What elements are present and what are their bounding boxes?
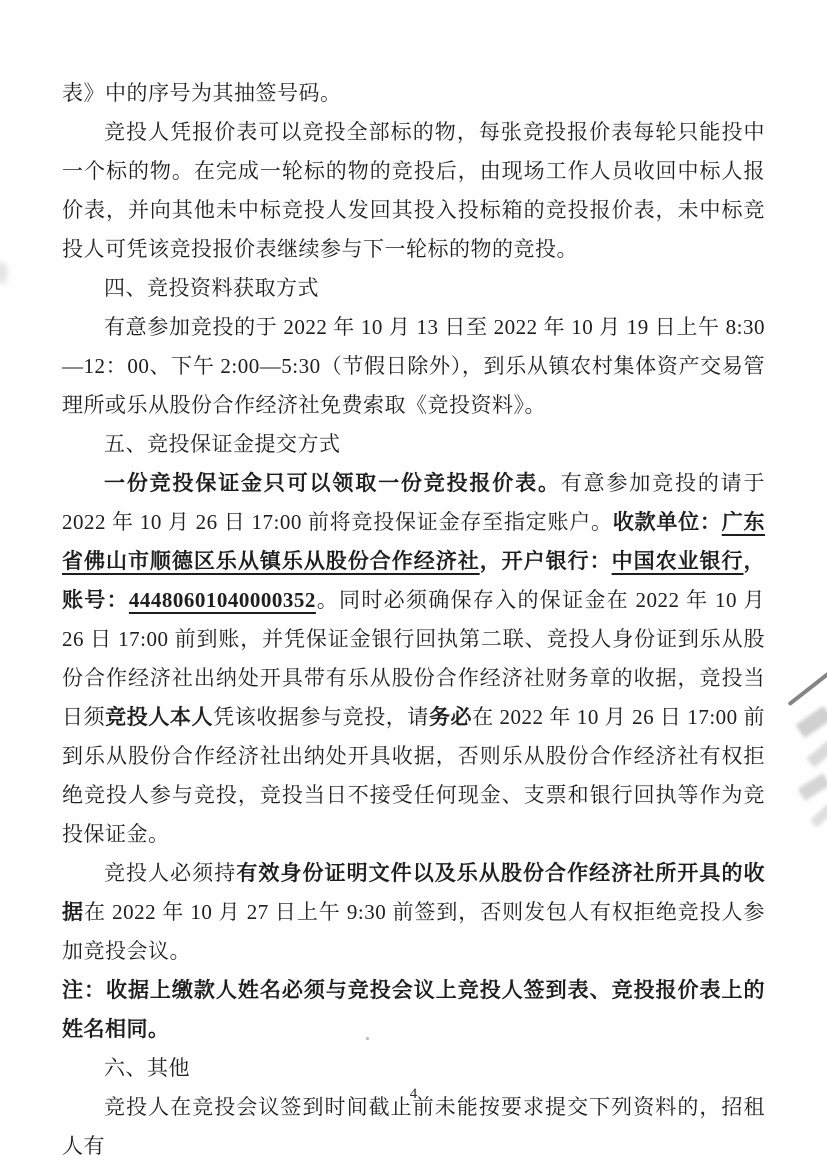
paragraph-note: 注：收据上缴款人姓名必须与竞投会议上竞投人签到表、竞投报价表上的姓名相同。 xyxy=(62,971,765,1049)
bank-name: 中国农业银行 xyxy=(612,549,744,573)
payee-label: 收款单位： xyxy=(613,510,722,534)
section-6-heading: 六、其他 xyxy=(62,1049,765,1088)
text-run: 竞投人凭报价表可以竞投全部标的物，每张竞投报价表每轮只能投中一个标的物。在完成一… xyxy=(62,120,765,261)
paragraph-continuation: 表》中的序号为其抽签号码。 xyxy=(62,74,765,113)
seal-stroke xyxy=(787,670,827,706)
account-number: 44480601040000352 xyxy=(129,588,316,612)
text-run: 有意参加竞投的于 2022 年 10 月 13 日至 2022 年 10 月 1… xyxy=(62,315,765,417)
heading-text: 六、其他 xyxy=(104,1056,190,1080)
paragraph-bidding-process: 竞投人凭报价表可以竞投全部标的物，每张竞投报价表每轮只能投中一个标的物。在完成一… xyxy=(62,113,765,269)
bold-text-run: 竞投人本人 xyxy=(105,705,213,729)
paragraph-sign-in: 竞投人必须持有效身份证明文件以及乐从股份合作经济社所开具的收据在 2022 年 … xyxy=(62,854,765,971)
seal-smudge xyxy=(795,706,827,739)
scan-smudge-icon xyxy=(0,262,7,284)
page-number: 4 xyxy=(0,1086,827,1103)
bank-label: ，开户银行： xyxy=(480,549,612,573)
scan-speck-icon xyxy=(366,1037,369,1040)
bold-text-run: 务必 xyxy=(429,705,472,729)
section-5-body: 一份竞投保证金只可以领取一份竞投报价表。有意参加竞投的请于 2022 年 10 … xyxy=(62,464,765,854)
text-run: 在 2022 年 10 月 27 日上午 9:30 前签到，否则发包人有权拒绝竞… xyxy=(62,900,765,963)
scanned-document-page: 表》中的序号为其抽签号码。 竞投人凭报价表可以竞投全部标的物，每张竞投报价表每轮… xyxy=(0,0,827,1169)
bold-text-run: 一份竞投保证金只可以领取一份竞投报价表。 xyxy=(104,471,561,495)
seal-smudge xyxy=(810,802,827,827)
document-body: 表》中的序号为其抽签号码。 竞投人凭报价表可以竞投全部标的物，每张竞投报价表每轮… xyxy=(62,74,765,1166)
seal-smudge xyxy=(798,773,827,801)
note-text: 注：收据上缴款人姓名必须与竞投会议上竞投人签到表、竞投报价表上的姓名相同。 xyxy=(62,978,765,1041)
partial-seal-stamp-icon xyxy=(781,652,827,842)
text-run: 竞投人必须持 xyxy=(104,861,236,885)
heading-text: 五、竞投保证金提交方式 xyxy=(104,432,341,456)
seal-smudge xyxy=(806,740,827,767)
section-4-heading: 四、竞投资料获取方式 xyxy=(62,269,765,308)
text-run: 竞投人在竞投会议签到时间截止前未能按要求提交下列资料的，招租人有 xyxy=(62,1095,765,1158)
text-run: 凭该收据参与竞投，请 xyxy=(213,705,429,729)
section-5-heading: 五、竞投保证金提交方式 xyxy=(62,425,765,464)
section-4-body: 有意参加竞投的于 2022 年 10 月 13 日至 2022 年 10 月 1… xyxy=(62,308,765,425)
text-run: 表》中的序号为其抽签号码。 xyxy=(62,81,342,105)
heading-text: 四、竞投资料获取方式 xyxy=(104,276,319,300)
